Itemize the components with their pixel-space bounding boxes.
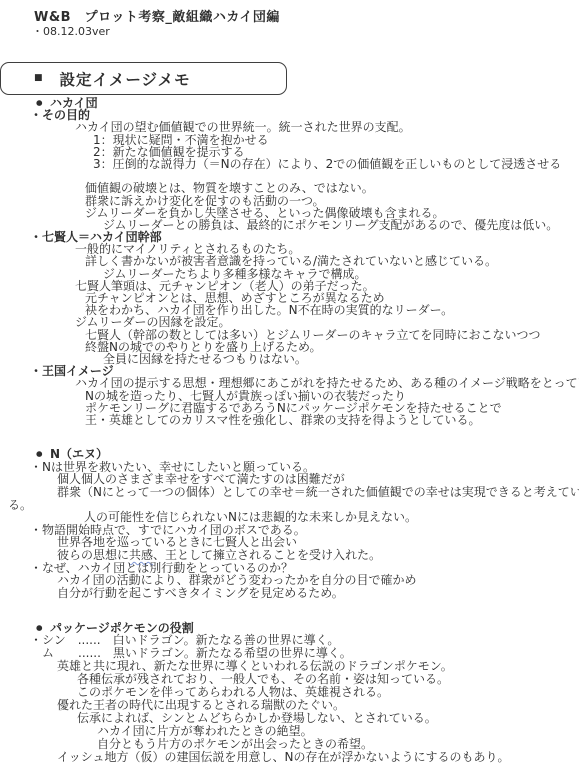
section-heading-line: ●N（エヌ） bbox=[0, 448, 579, 461]
text-line: ジムリーダーの因縁を設定。 bbox=[0, 316, 579, 328]
text-line: 詳しく書かないが被害者意識を持っている/満たされていないと感じている。 bbox=[0, 255, 579, 267]
text-line: Nの城を造ったり、七賢人が貴族っぽい揃いの衣装だったり bbox=[0, 390, 579, 402]
document-page: W&B プロット考察_敵組織ハカイ団編 ・08.12.03ver ■ 設定イメー… bbox=[0, 0, 579, 768]
memo-box: ■ 設定イメージメモ bbox=[0, 62, 287, 95]
text-line: ハカイ団の提示する思想・理想郷にあこがれを持たせるため、ある種のイメージ戦略をと… bbox=[0, 377, 579, 389]
document-version: ・08.12.03ver bbox=[32, 23, 110, 39]
text-line: 人の可能性を信じられないNには悲観的な未来しか見えない。 bbox=[0, 511, 579, 524]
text-line: 群衆（Nにとって一つの個体）としての幸せ＝統一された価値観での幸せは実現できると… bbox=[0, 486, 579, 499]
section-hakai-dan: ●ハカイ団・その目的ハカイ団の望む価値観での世界統一。統一された世界の支配。1：… bbox=[0, 97, 579, 426]
text-line: 彼らの思想に共感、王として擁立されることを受け入れた。 bbox=[0, 549, 579, 562]
text-line: ジムリーダーたちより多種多様なキャラで構成。 bbox=[0, 268, 579, 280]
text-line: 3：圧倒的な説得力（＝Nの存在）により、2での価値観を正しいものとして浸透させる bbox=[0, 158, 579, 170]
bullet-icon: ● bbox=[36, 448, 50, 461]
section-package-pokemon: ●パッケージポケモンの役割・シン ...... 白いドラゴン。新たなる善の世界に… bbox=[0, 621, 579, 764]
text-line: 自分が行動を起こすべきタイミングを見定めるため。 bbox=[0, 587, 579, 600]
section-n-enu: ●N（エヌ）・Nは世界を救いたい、幸せにしたいと願っている。個人個人のさまざま幸… bbox=[0, 448, 579, 600]
text-line: イッシュ地方（仮）の建国伝説を用意し、Nの存在が浮かないようにするのもあり。 bbox=[0, 751, 579, 764]
text-line: ハカイ団の望む価値観での世界統一。統一された世界の支配。 bbox=[0, 121, 579, 133]
text-line: 王・英雄としてのカリスマ性を強化し、群衆の支持を得ようとしている。 bbox=[0, 414, 579, 426]
text-line: 群衆に訴えかけ変化を促すのも活動の一つ。 bbox=[0, 195, 579, 207]
text-line: 七賢人（幹部の数としては多い）とジムリーダーのキャラ立てを同時におこないつつ bbox=[0, 329, 579, 341]
memo-box-title: 設定イメージメモ bbox=[60, 68, 191, 90]
text-line: 価値観の破壊とは、物質を壊すことのみ、ではない。 bbox=[0, 182, 579, 194]
text-line: 1：現状に疑問・不満を抱かせる bbox=[0, 134, 579, 146]
square-bullet-icon: ■ bbox=[34, 74, 43, 83]
